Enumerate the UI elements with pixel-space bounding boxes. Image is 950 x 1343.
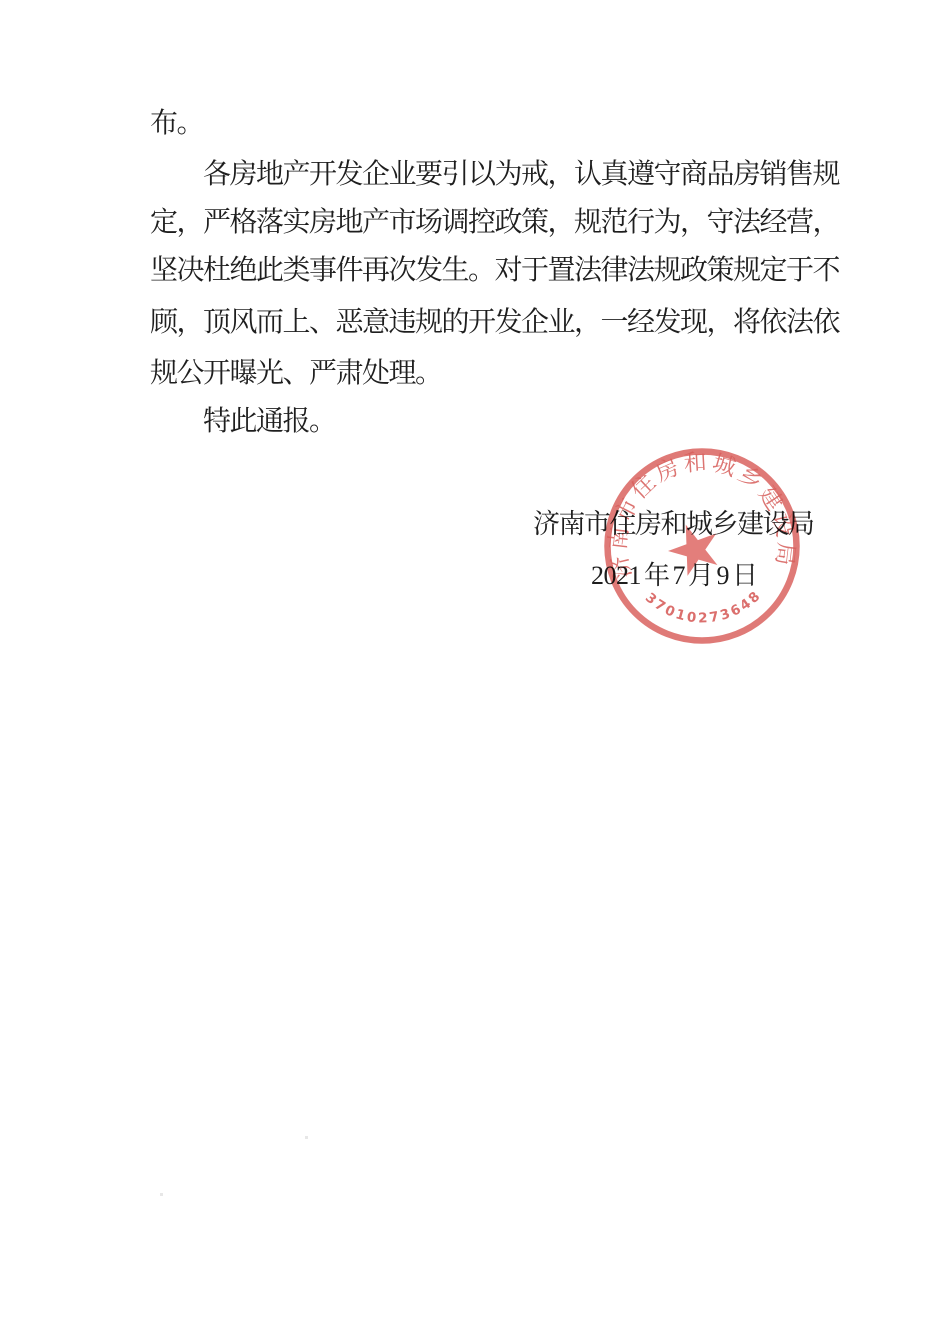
body-text-line: 定，严格落实房地产市场调控政策，规范行为，守法经营， <box>150 209 850 237</box>
official-seal: 济南市住房和城乡建设局 3701027364880 <box>597 441 807 651</box>
body-text-line: 各房地产开发企业要引以为戒，认真遵守商品房销售规 <box>150 161 903 189</box>
body-text-line: 顾，顶风而上、恶意违规的开发企业，一经发现，将依法依 <box>150 309 850 337</box>
seal-ring-text: 济南市住房和城乡建设局 <box>605 449 799 581</box>
document-page: 布。 各房地产开发企业要引以为戒，认真遵守商品房销售规 定，严格落实房地产市场调… <box>0 0 950 1343</box>
star-icon <box>662 516 727 579</box>
body-text-line: 布。 <box>150 110 850 138</box>
body-text-line: 规公开曝光、严肃处理。 <box>150 360 850 388</box>
body-text-line: 特此通报。 <box>150 408 903 436</box>
body-text-line: 坚决杜绝此类事件再次发生。对于置法律法规政策规定于不 <box>150 257 850 285</box>
scan-speck <box>160 1193 163 1196</box>
scan-speck <box>305 1136 308 1139</box>
